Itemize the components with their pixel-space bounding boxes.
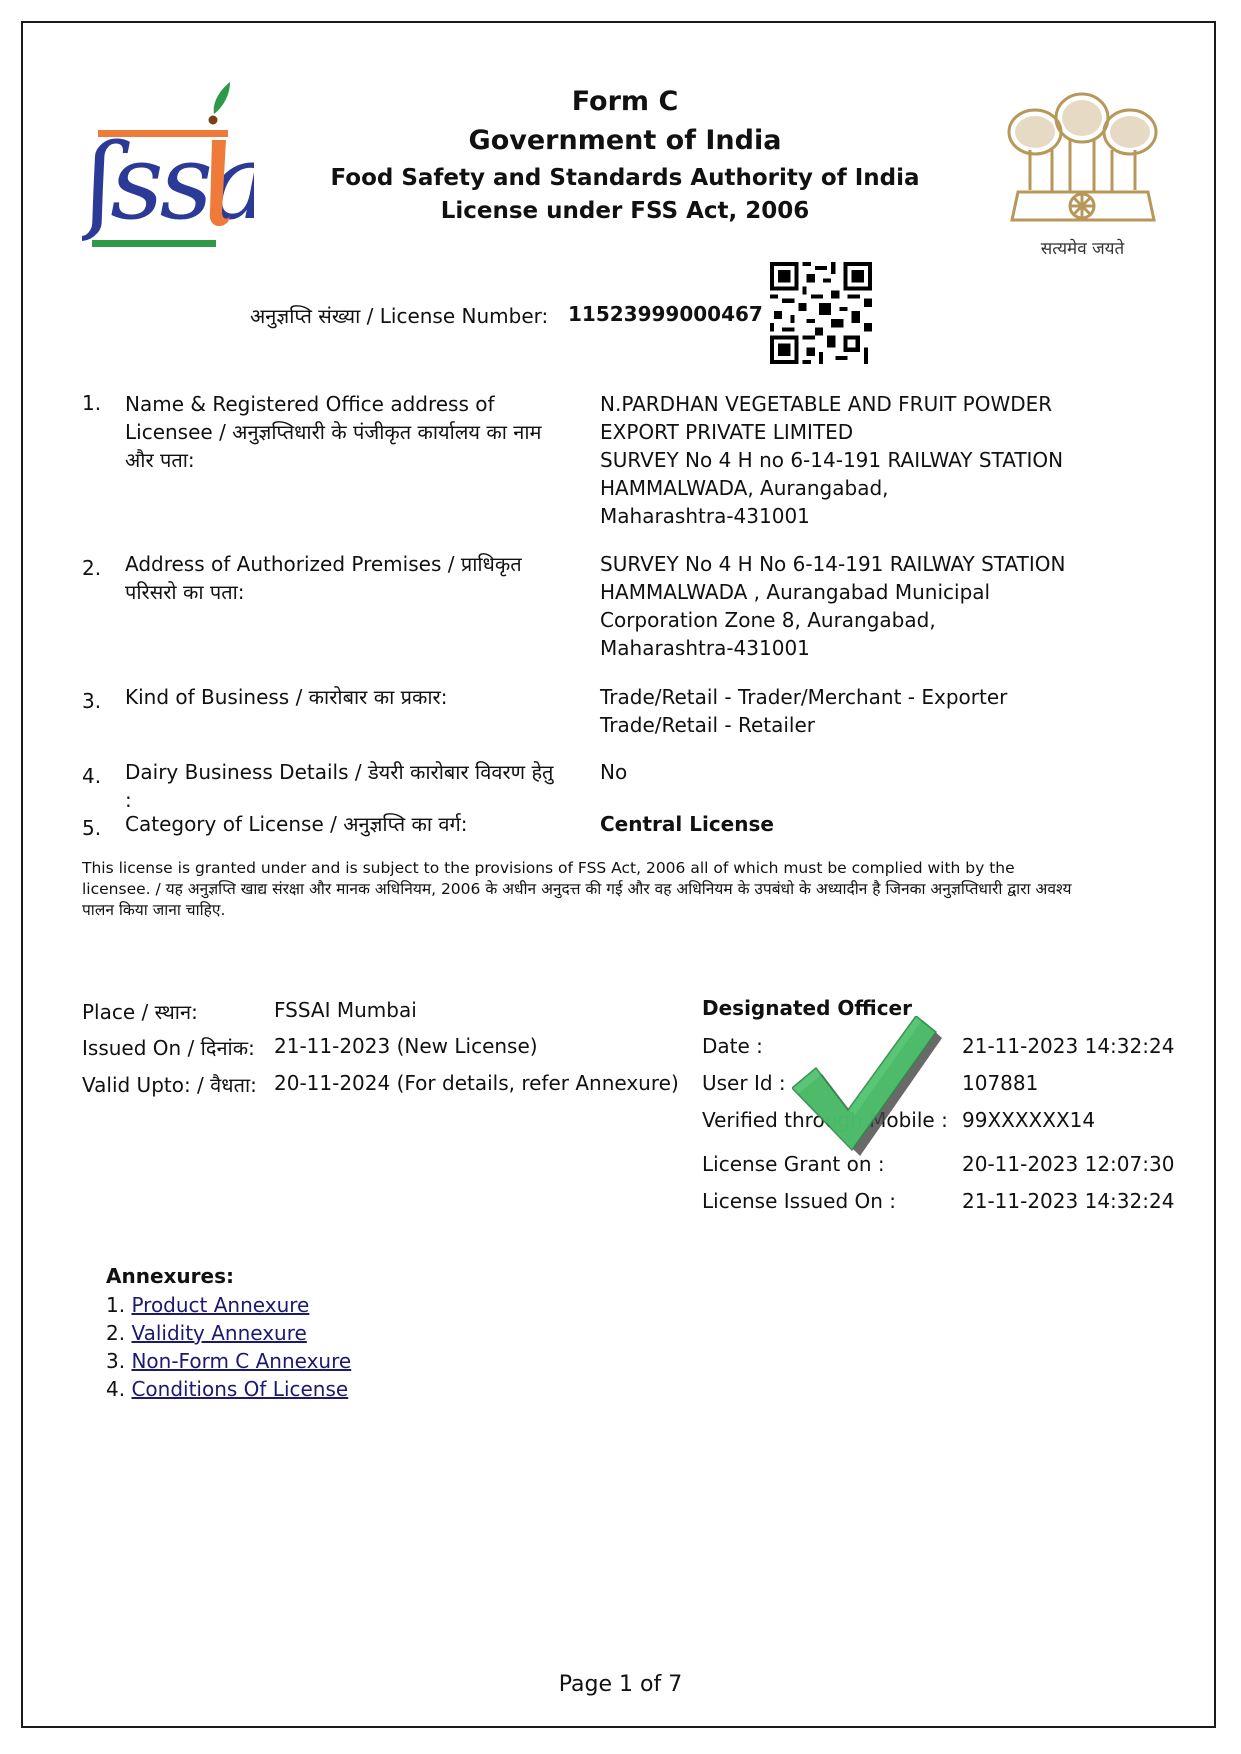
annexure-item: 3. Non-Form C Annexure (106, 1349, 351, 1373)
disclaimer-text: This license is granted under and is sub… (82, 858, 1072, 921)
conditions-of-license-link[interactable]: Conditions Of License (131, 1377, 348, 1401)
row-5-label: Category of License / अनुज्ञप्ति का वर्ग… (125, 810, 565, 838)
row-2-value: SURVEY No 4 H No 6-14-191 RAILWAY STATIO… (600, 550, 1120, 662)
annexure-number: 3. (106, 1349, 125, 1373)
form-title: Form C (300, 86, 950, 117)
annexure-item: 1. Product Annexure (106, 1293, 309, 1317)
valid-upto-value: 20-11-2024 (For details, refer Annexure) (274, 1071, 679, 1095)
fssai-logo: ʃssa (82, 80, 254, 252)
annexure-item: 2. Validity Annexure (106, 1321, 307, 1345)
annexure-number: 2. (106, 1321, 125, 1345)
value-line: HAMMALWADA , Aurangabad Municipal (600, 578, 1120, 606)
valid-upto-label: Valid Upto: / वैधता: (82, 1071, 257, 1098)
row-3-label: Kind of Business / कारोबार का प्रकार: (125, 683, 565, 711)
issued-on-label: Issued On / दिनांक: (82, 1034, 255, 1061)
place-value: FSSAI Mumbai (274, 998, 417, 1022)
national-emblem: सत्यमेव जयते (990, 80, 1175, 255)
value-line: Corporation Zone 8, Aurangabad, (600, 606, 1120, 634)
authority-title: Food Safety and Standards Authority of I… (300, 165, 950, 191)
annexure-item: 4. Conditions Of License (106, 1377, 348, 1401)
row-1-label: Name & Registered Office address of Lice… (125, 390, 565, 474)
value-line: Trade/Retail - Retailer (600, 711, 1120, 739)
value-line: Maharashtra-431001 (600, 502, 1120, 530)
row-4-value: No (600, 758, 1120, 786)
license-number-label: अनुज्ञप्ति संख्या / License Number: (250, 302, 548, 329)
validity-annexure-link[interactable]: Validity Annexure (131, 1321, 306, 1345)
issued-on-value: 21-11-2023 (New License) (274, 1034, 538, 1058)
value-line: HAMMALWADA, Aurangabad, (600, 474, 1120, 502)
act-title: License under FSS Act, 2006 (300, 198, 950, 224)
lion-capital-icon (990, 80, 1175, 230)
row-2-label: Address of Authorized Premises / प्राधिक… (125, 550, 565, 606)
product-annexure-link[interactable]: Product Annexure (131, 1293, 309, 1317)
license-grant-value: 20-11-2023 12:07:30 (962, 1152, 1174, 1176)
annexure-number: 1. (106, 1293, 125, 1317)
row-2-number: 2. (82, 556, 101, 580)
row-4-label: Dairy Business Details / डेयरी कारोबार व… (125, 758, 565, 814)
value-line: Trade/Retail - Trader/Merchant - Exporte… (600, 683, 1120, 711)
value-line: SURVEY No 4 H no 6-14-191 RAILWAY STATIO… (600, 446, 1120, 474)
non-form-c-annexure-link[interactable]: Non-Form C Annexure (131, 1349, 351, 1373)
row-4-number: 4. (82, 764, 101, 788)
annexures-title: Annexures: (106, 1264, 234, 1288)
value-line: EXPORT PRIVATE LIMITED (600, 418, 1120, 446)
row-5-value: Central License (600, 810, 1120, 838)
svg-text:ʃssa: ʃssa (82, 121, 254, 243)
license-issued-label: License Issued On : (702, 1189, 896, 1213)
row-1-value: N.PARDHAN VEGETABLE AND FRUIT POWDER EXP… (600, 390, 1120, 530)
value-line: N.PARDHAN VEGETABLE AND FRUIT POWDER (600, 390, 1120, 418)
value-line: Maharashtra-431001 (600, 634, 1120, 662)
place-label: Place / स्थान: (82, 998, 198, 1025)
qr-code (770, 262, 872, 364)
license-issued-value: 21-11-2023 14:32:24 (962, 1189, 1174, 1213)
officer-date-value: 21-11-2023 14:32:24 (962, 1034, 1174, 1058)
row-3-value: Trade/Retail - Trader/Merchant - Exporte… (600, 683, 1120, 739)
officer-userid-value: 107881 (962, 1071, 1038, 1095)
page-number: Page 1 of 7 (0, 1672, 1241, 1697)
officer-mobile-label: Verified through Mobile : (702, 1108, 948, 1132)
designated-officer-title: Designated Officer (702, 996, 912, 1020)
row-5-number: 5. (82, 816, 101, 840)
annexure-number: 4. (106, 1377, 125, 1401)
government-title: Government of India (300, 125, 950, 156)
emblem-motto: सत्यमेव जयते (990, 236, 1175, 259)
officer-date-label: Date : (702, 1034, 763, 1058)
value-line: SURVEY No 4 H No 6-14-191 RAILWAY STATIO… (600, 550, 1120, 578)
row-1-number: 1. (82, 391, 101, 415)
license-grant-label: License Grant on : (702, 1152, 885, 1176)
officer-userid-label: User Id : (702, 1071, 786, 1095)
officer-mobile-value: 99XXXXXX14 (962, 1108, 1095, 1132)
row-3-number: 3. (82, 689, 101, 713)
license-number-value: 11523999000467 (568, 302, 763, 326)
